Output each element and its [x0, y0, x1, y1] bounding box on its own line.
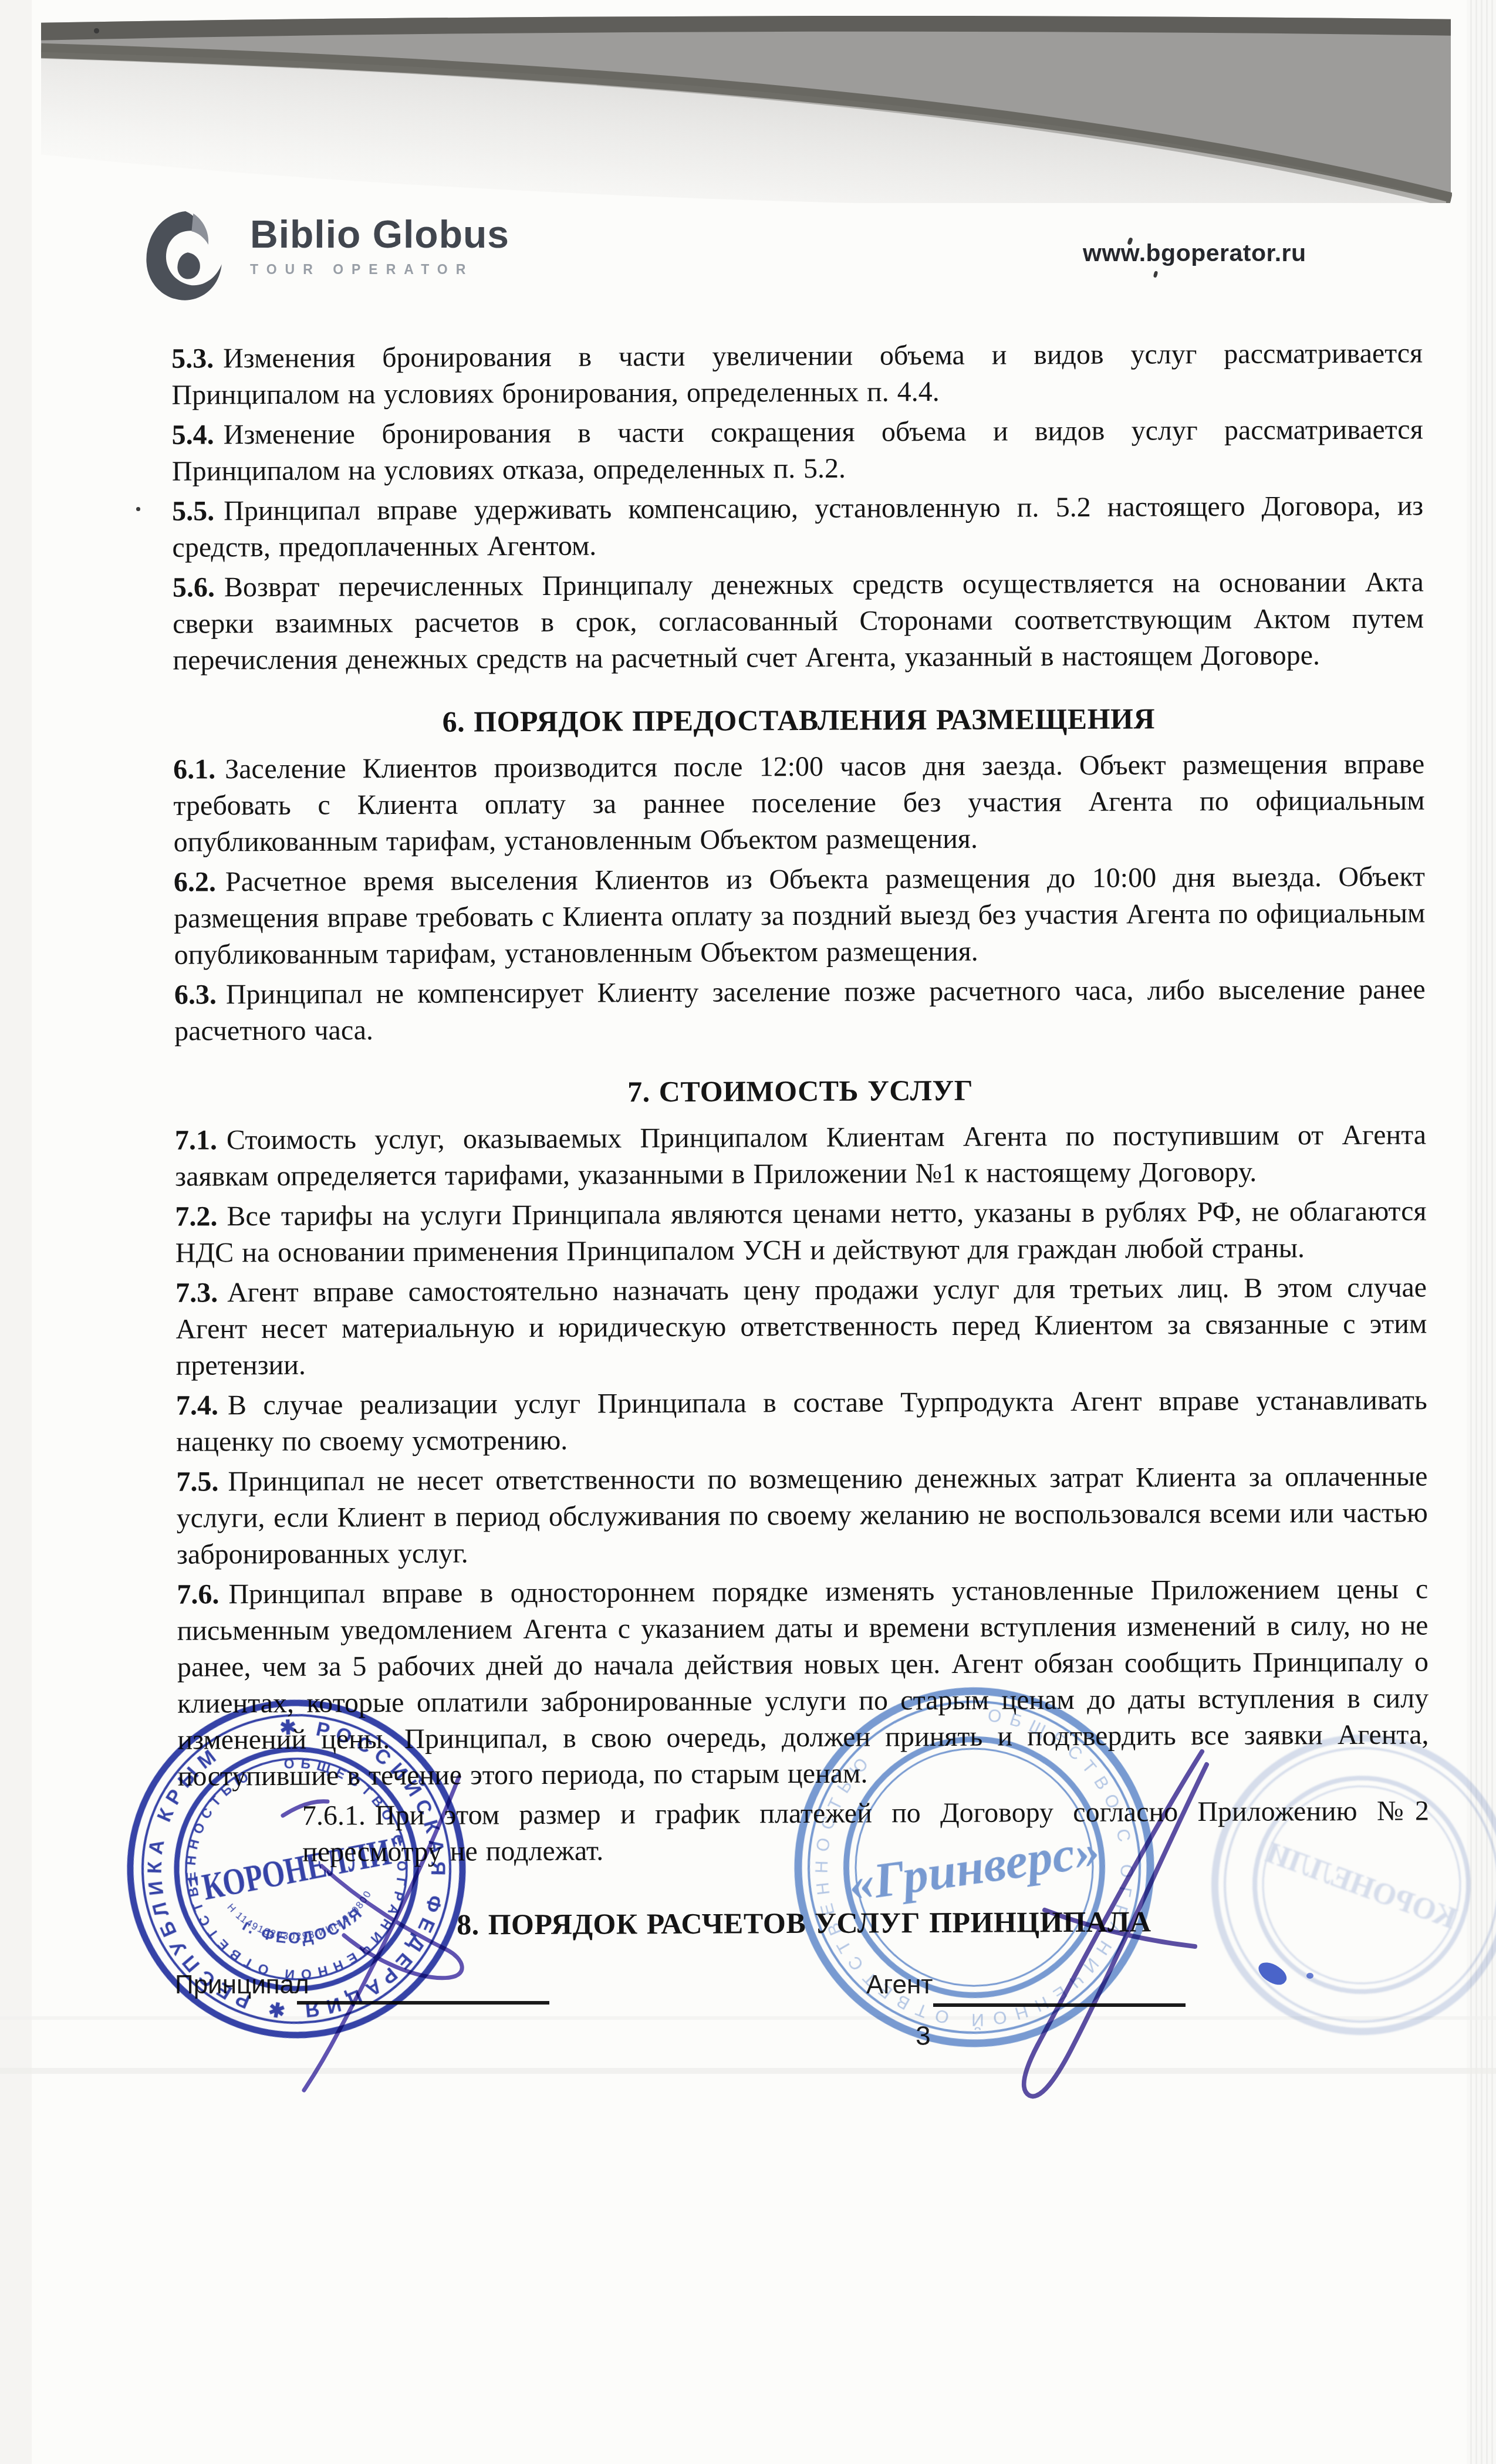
clause-number: 7.5. — [176, 1466, 228, 1497]
brand-name: Biblio Globus — [250, 215, 509, 254]
clause-6-3: 6.3.Принципал не компенсирует Клиенту за… — [174, 971, 1426, 1049]
section-7-heading: 7. СТОИМОСТЬ УСЛУГ — [174, 1070, 1426, 1111]
clause-6-1: 6.1.Заселение Клиентов производится посл… — [173, 746, 1425, 860]
biblio-globus-logo: Biblio Globus TOUR OPERATOR — [141, 207, 509, 306]
clause-text: Все тарифы на услуги Принципала являются… — [175, 1195, 1427, 1268]
clause-7-4: 7.4.В случае реализации услуг Принципала… — [176, 1382, 1428, 1460]
scan-speck — [94, 28, 99, 33]
scan-edge-left — [0, 0, 32, 2464]
clause-number: 5.3. — [171, 343, 223, 374]
clause-5-5: 5.5.Принципал вправе удерживать компенса… — [172, 488, 1424, 566]
clause-number: 6.1. — [173, 753, 225, 785]
clause-7-2: 7.2.Все тарифы на услуги Принципала явля… — [175, 1193, 1427, 1271]
logo-wordmark: Biblio Globus TOUR OPERATOR — [250, 207, 509, 278]
clause-number: 7.6. — [177, 1579, 228, 1610]
scan-edge-right — [1467, 0, 1496, 2464]
clause-text: Возврат перечисленных Принципалу денежны… — [173, 566, 1424, 675]
clause-text: В случае реализации услуг Принципала в с… — [176, 1384, 1427, 1457]
clause-text: Принципал вправе удерживать компенсацию,… — [172, 490, 1423, 563]
clause-text: Изменения бронирования в части увеличени… — [171, 337, 1423, 410]
clause-6-2: 6.2.Расчетное время выселения Клиентов и… — [174, 858, 1426, 973]
clause-number: 7.3. — [175, 1277, 227, 1308]
clause-text: Заселение Клиентов производится после 12… — [173, 748, 1424, 857]
clause-text: Принципал не компенсирует Клиенту заселе… — [174, 974, 1426, 1046]
scanned-contract-page: Biblio Globus TOUR OPERATOR www.bgoperat… — [0, 0, 1496, 2464]
principal-handwritten-signature — [252, 1766, 499, 2101]
ink-dot — [1306, 1973, 1313, 1979]
clause-5-3: 5.3.Изменения бронирования в части увели… — [171, 335, 1423, 413]
clause-number: 5.5. — [172, 495, 224, 526]
scan-speck — [1153, 271, 1159, 278]
clause-number: 7.4. — [176, 1390, 228, 1421]
clause-7-3: 7.3.Агент вправе самостоятельно назначат… — [175, 1269, 1427, 1384]
clause-text: Агент вправе самостоятельно назначать це… — [175, 1272, 1427, 1381]
scan-speck — [136, 507, 140, 511]
clause-number: 6.2. — [174, 866, 225, 897]
clause-number: 6.3. — [174, 979, 226, 1010]
ghost-stamp-name: КОРОНЕЛЛИ — [1261, 1836, 1461, 1935]
brand-tagline: TOUR OPERATOR — [250, 262, 509, 278]
website-url: www.bgoperator.ru — [1083, 239, 1306, 267]
scan-artifact-band — [0, 2068, 1496, 2074]
clause-number: 7.1. — [175, 1124, 227, 1155]
clause-5-4: 5.4.Изменение бронирования в части сокра… — [172, 411, 1424, 489]
clause-number: 5.4. — [172, 419, 224, 450]
clause-text: Стоимость услуг, оказываемых Принципалом… — [175, 1119, 1426, 1192]
clause-text: Расчетное время выселения Клиентов из Об… — [174, 861, 1425, 970]
clause-text: Изменение бронирования в части сокращени… — [172, 414, 1423, 486]
agent-handwritten-signature — [944, 1734, 1225, 2110]
section-6-heading: 6. ПОРЯДОК ПРЕДОСТАВЛЕНИЯ РАЗМЕЩЕНИЯ — [173, 699, 1424, 741]
biblio-globus-logo-icon — [141, 207, 230, 306]
clause-7-1: 7.1.Стоимость услуг, оказываемых Принцип… — [175, 1117, 1427, 1195]
clause-number: 7.2. — [175, 1201, 227, 1232]
clause-text: Принципал не несет ответственности по во… — [177, 1461, 1428, 1570]
clause-7-5: 7.5.Принципал не несет ответственности п… — [176, 1458, 1428, 1573]
clause-number: 5.6. — [173, 572, 224, 603]
header-swoosh-graphic — [41, 14, 1452, 203]
clause-5-6: 5.6.Возврат перечисленных Принципалу ден… — [173, 564, 1424, 678]
